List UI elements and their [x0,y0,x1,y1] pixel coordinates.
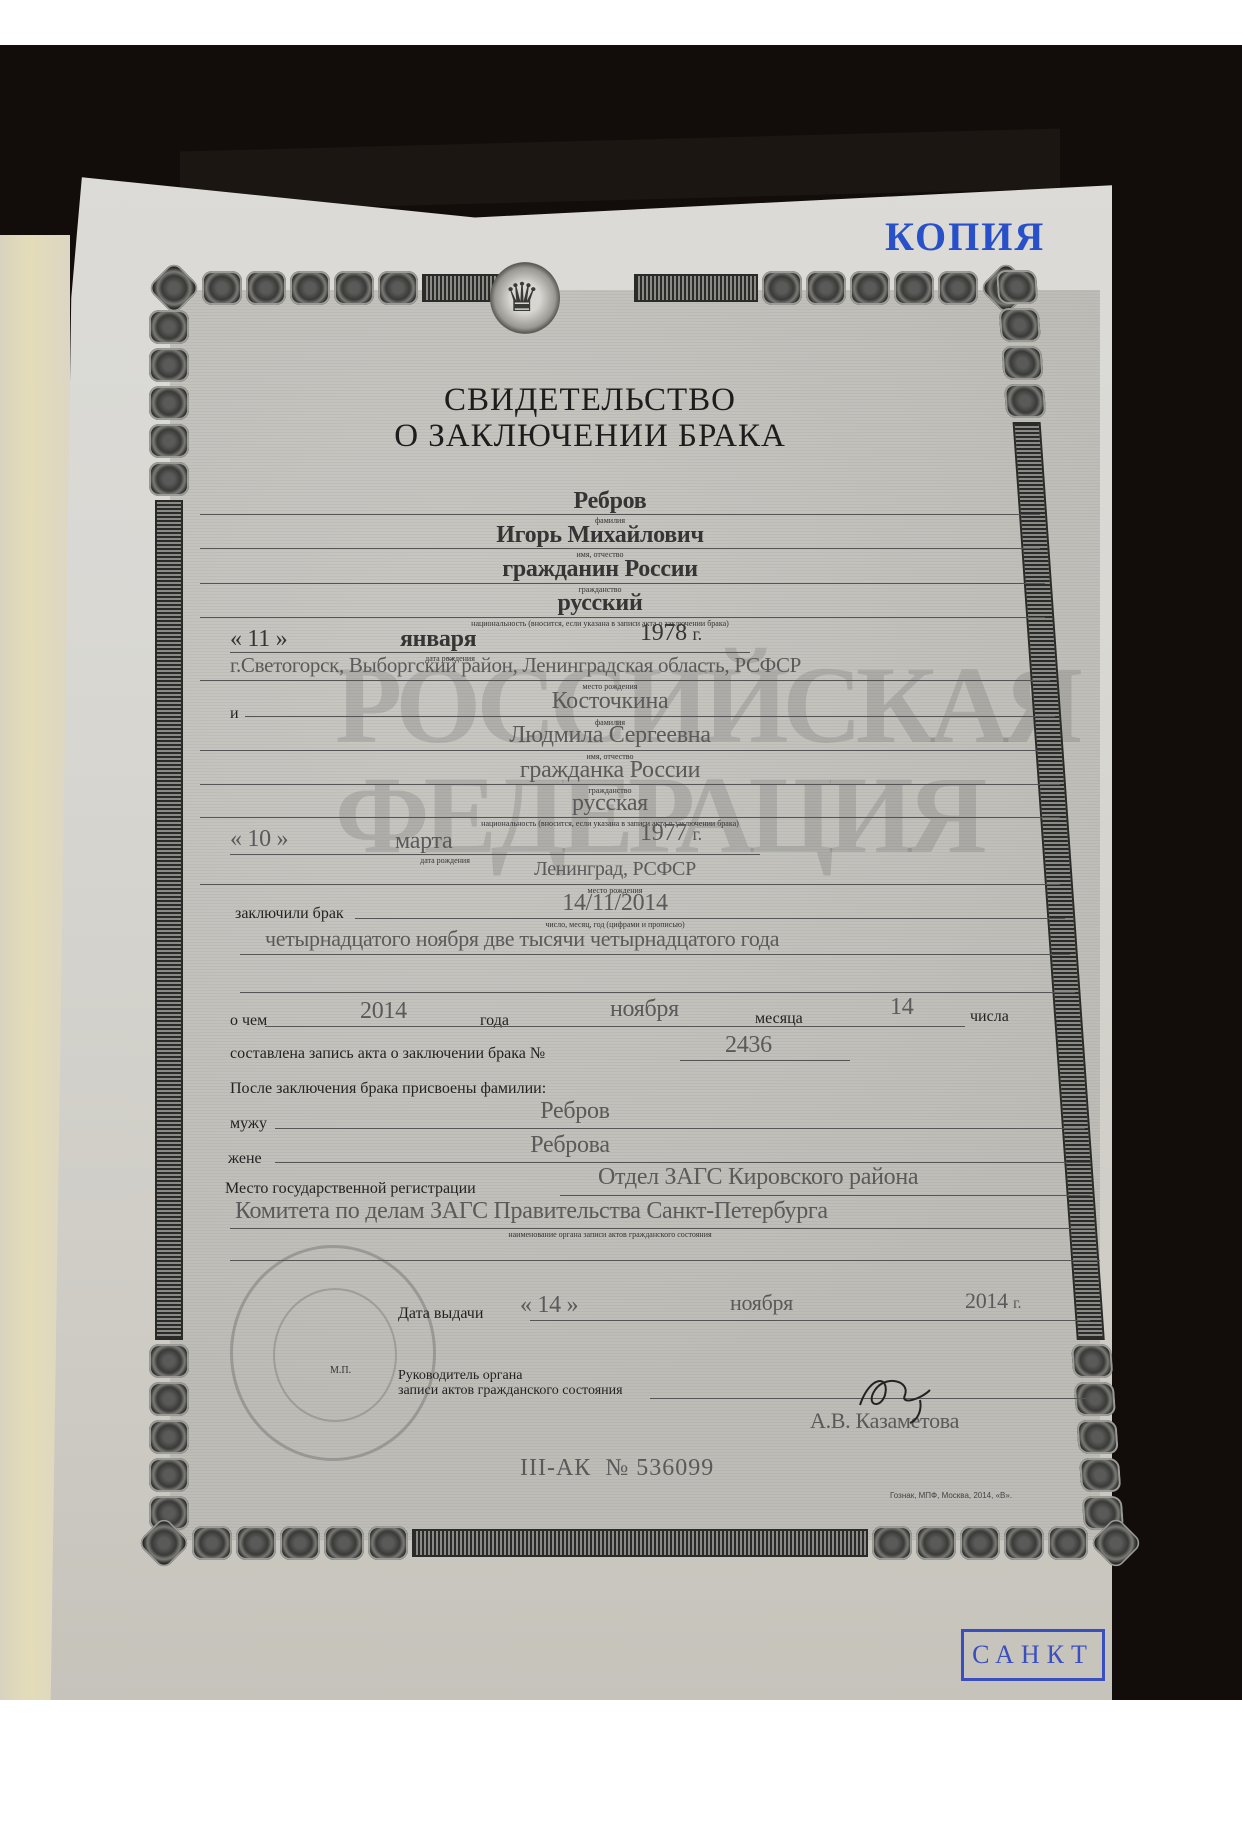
groom-birth-month: января [400,626,476,653]
ornament-icon [960,1526,1000,1560]
ribbon-band [634,274,758,302]
border-top [150,270,1030,306]
photo-background: КОПИЯ РОССИЙСКАЯ ФЕДЕРАЦИЯ ♛ [0,45,1242,1700]
ornament-icon [149,1344,189,1378]
ornament-icon [1074,1382,1116,1416]
ornament-icon [996,270,1038,304]
bride-nationality: русская [150,790,1070,817]
surnames-after-label: После заключения брака присвоены фамилии… [230,1080,546,1098]
ornament-icon [192,1526,232,1560]
groom-name: Игорь Михайлович [150,522,1050,549]
seal-inner-ring [273,1288,397,1422]
rule [200,617,1045,618]
issue-month: ноября [730,1290,793,1316]
title-line-2: О ЗАКЛЮЧЕНИИ БРАКА [150,418,1030,454]
head-label: Руководитель органа записи актов граждан… [398,1368,623,1398]
record-number: 2436 [725,1032,772,1059]
ornament-icon [334,271,374,305]
ornament-icon [290,271,330,305]
groom-birth-place: г.Светогорск, Выборгский район, Ленингра… [230,653,801,678]
bride-birth-month: марта [395,828,452,855]
city-stamp: САНКТ [961,1629,1105,1681]
ornament-icon [850,271,890,305]
record-year: 2014 [360,998,407,1025]
rule [200,680,1050,681]
rule [240,954,1070,955]
ornament-icon [1001,346,1043,380]
registration-line-2: Комитета по делам ЗАГС Правительства Сан… [235,1198,828,1225]
ornament-icon [806,271,846,305]
bride-name: Людмила Сергеевна [150,722,1070,749]
copy-stamp: КОПИЯ [885,213,1045,260]
rule [560,1195,1090,1196]
ornament-icon [368,1526,408,1560]
certificate-title: СВИДЕТЕЛЬСТВО О ЗАКЛЮЧЕНИИ БРАКА [150,382,1030,454]
wife-surname: Реброва [150,1132,990,1159]
issue-year: 2014 г. [965,1288,1021,1314]
double-headed-eagle-icon: ♛ [504,274,540,322]
ornament-icon [938,271,978,305]
ornament-icon [149,1382,189,1416]
rule [275,1162,1090,1163]
rule [265,1026,965,1027]
record-month: ноября [610,996,679,1023]
record-label: составлена запись акта о заключении брак… [230,1045,545,1063]
ornament-icon [236,1526,276,1560]
record-day: 14 [890,994,913,1021]
bride-birth-year: 1977 г. [640,820,702,847]
title-line-1: СВИДЕТЕЛЬСТВО [150,382,1030,418]
rule [245,716,1055,717]
marriage-certificate: РОССИЙСКАЯ ФЕДЕРАЦИЯ ♛ [150,270,1130,1560]
bride-birth-day: « 10 » [230,826,288,853]
issue-label: Дата выдачи [398,1305,483,1323]
marriage-date-words: четырнадцатого ноября две тысячи четырна… [265,926,779,952]
coat-of-arms-emblem: ♛ [490,262,560,334]
bride-citizenship: гражданка России [150,757,1070,784]
registration-line-1: Отдел ЗАГС Кировского района [598,1164,918,1191]
official-seal [230,1245,436,1461]
bride-birth-place: Ленинград, РСФСР [150,858,1080,881]
seal-label: М.П. [330,1365,351,1376]
ribbon-band [412,1529,868,1557]
ornament-icon [916,1526,956,1560]
groom-surname: Ребров [150,488,1070,515]
rule [200,750,1060,751]
rule [275,1128,1085,1129]
bride-surname: Косточкина [150,688,1070,715]
husband-surname: Ребров [150,1098,1000,1125]
rule [240,992,1075,993]
year-label: года [480,1012,509,1030]
ornament-icon [149,310,189,344]
ornament-icon [149,1420,189,1454]
issue-day: « 14 » [520,1292,578,1319]
about-label: о чем [230,1012,267,1030]
rule [200,884,1060,885]
groom-birth-day: « 11 » [230,626,287,653]
marriage-date-numeric: 14/11/2014 [150,890,1080,917]
ornament-icon [324,1526,364,1560]
rule [680,1060,850,1061]
rule [200,514,1040,515]
ornament-icon [999,308,1041,342]
groom-birth-year: 1978 г. [640,620,702,647]
rule [200,784,1060,785]
certificate-number: III-АК № 536099 [520,1455,714,1482]
ornament-icon [894,271,934,305]
rule [200,583,1045,584]
rule [355,918,1065,919]
ornament-icon [280,1526,320,1560]
ornament-icon [378,271,418,305]
rule [230,854,760,855]
ornament-icon [1071,1344,1113,1378]
ornament-icon [149,348,189,382]
ornament-icon [149,1458,189,1492]
ornament-icon [246,271,286,305]
ornament-icon [202,271,242,305]
signature [850,1365,960,1425]
registration-caption: наименование органа записи актов граждан… [150,1230,1070,1239]
ornament-icon [762,271,802,305]
groom-nationality: русский [150,590,1050,617]
ornament-icon [872,1526,912,1560]
ornament-icon [1048,1526,1088,1560]
printer-note: Гознак, МПФ, Москва, 2014, «В». [890,1491,1012,1500]
rule [200,817,1060,818]
ornament-icon [1076,1420,1118,1454]
rule [200,548,1040,549]
ornament-icon [1004,1526,1044,1560]
rule [530,1320,1090,1321]
rule [230,1228,1095,1229]
registration-label: Место государственной регистрации [225,1180,476,1198]
ornament-icon [1079,1458,1121,1492]
groom-citizenship: гражданин России [150,556,1050,583]
border-bottom [140,1525,1140,1561]
day-label: числа [970,1008,1009,1026]
